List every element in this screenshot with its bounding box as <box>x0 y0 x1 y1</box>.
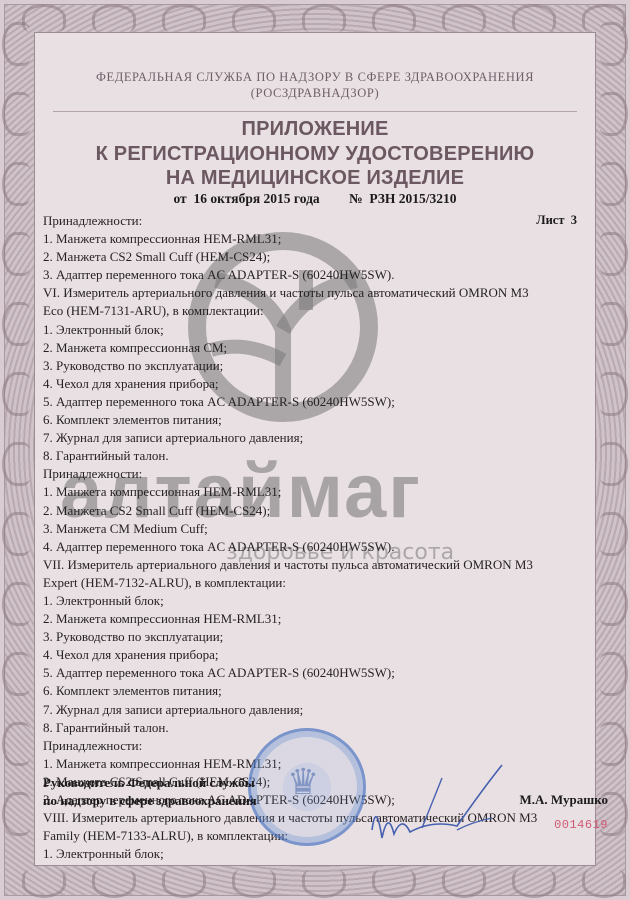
ornament-icon <box>2 92 30 136</box>
ornament-icon <box>442 4 486 32</box>
ornament-icon <box>92 4 136 32</box>
ornament-icon <box>2 162 30 206</box>
agency-name: ФЕДЕРАЛЬНАЯ СЛУЖБА ПО НАДЗОРУ В СФЕРЕ ЗД… <box>35 69 595 85</box>
ornament-icon <box>600 92 628 136</box>
ornament-icon <box>512 4 556 32</box>
signatory-name: М.А. Мурашко <box>519 792 608 808</box>
list-item: 2. Манжета компрессионная CM; <box>43 339 553 357</box>
ornament-icon <box>600 232 628 276</box>
list-item: 5. Адаптер переменного тока AC ADAPTER-S… <box>43 393 553 411</box>
serial-number: 0014619 <box>554 818 608 832</box>
agency-header: ФЕДЕРАЛЬНАЯ СЛУЖБА ПО НАДЗОРУ В СФЕРЕ ЗД… <box>35 69 595 101</box>
list-item: 3. Адаптер переменного тока AC ADAPTER-S… <box>43 266 553 284</box>
list-item: 7. Журнал для записи артериального давле… <box>43 429 553 447</box>
ornament-icon <box>2 22 30 66</box>
registration-number: № РЗН 2015/3210 <box>349 191 456 206</box>
ornament-icon <box>162 4 206 32</box>
list-item: 1. Электронный блок; <box>43 321 553 339</box>
ornament-icon <box>162 870 206 898</box>
ornament-icon <box>92 870 136 898</box>
list-item: 3. Руководство по эксплуатации; <box>43 628 553 646</box>
ornament-icon <box>302 870 346 898</box>
ornament-icon <box>2 512 30 556</box>
position-line-2: по надзору в сфере здравоохранения <box>43 792 257 810</box>
ornament-icon <box>2 372 30 416</box>
signatory-position: Руководитель Федеральной службы по надзо… <box>43 774 257 810</box>
agency-abbreviation: (РОСЗДРАВНАДЗОР) <box>35 85 595 101</box>
list-item: 4. Чехол для хранения прибора; <box>43 646 553 664</box>
ornament-icon <box>2 302 30 346</box>
list-item: 2. Манжета компрессионная HEM-RML31; <box>43 610 553 628</box>
list-item: 1. Манжета компрессионная HEM-RML31; <box>43 230 553 248</box>
list-item: 3. Манжета CM Medium Cuff; <box>43 520 553 538</box>
ornament-icon <box>2 232 30 276</box>
list-item: Expert (HEM-7132-ALRU), в комплектации: <box>43 574 553 592</box>
list-item: 1. Электронный блок; <box>43 592 553 610</box>
ornament-icon <box>600 442 628 486</box>
list-item: 6. Комплект элементов питания; <box>43 411 553 429</box>
double-headed-eagle-seal-icon: ♛ <box>248 728 366 846</box>
ornament-icon <box>600 652 628 696</box>
list-item: Eco (HEM-7131-ARU), в комплектации: <box>43 302 553 320</box>
date-number-line: от 16 октября 2015 года № РЗН 2015/3210 <box>35 191 595 207</box>
list-item: 2. Манжета CS2 Small Cuff (HEM-CS24); <box>43 248 553 266</box>
position-line-1: Руководитель Федеральной службы <box>43 774 257 792</box>
ornament-icon <box>2 792 30 836</box>
list-item: 6. Комплект элементов питания; <box>43 682 553 700</box>
list-item: 7. Журнал для записи артериального давле… <box>43 701 553 719</box>
ornament-icon <box>2 652 30 696</box>
list-item: VI. Измеритель артериального давления и … <box>43 284 553 302</box>
issue-date: от 16 октября 2015 года <box>173 191 319 206</box>
eagle-emblem-icon: ♛ <box>287 761 319 803</box>
ornament-icon <box>582 870 626 898</box>
ornament-icon <box>372 4 416 32</box>
list-item: VII. Измеритель артериального давления и… <box>43 556 553 574</box>
list-item: 5. Адаптер переменного тока AC ADAPTER-S… <box>43 664 553 682</box>
list-item: Принадлежности: <box>43 212 553 230</box>
ornament-icon <box>600 302 628 346</box>
ornament-icon <box>600 722 628 766</box>
ornament-icon <box>442 870 486 898</box>
title-line-1: ПРИЛОЖЕНИЕ <box>35 117 595 142</box>
certificate-sheet: ФЕДЕРАЛЬНАЯ СЛУЖБА ПО НАДЗОРУ В СФЕРЕ ЗД… <box>0 0 630 900</box>
ornament-icon <box>600 162 628 206</box>
ornament-icon <box>232 870 276 898</box>
ornament-icon <box>600 512 628 556</box>
header-divider <box>53 111 577 112</box>
title-line-3: НА МЕДИЦИНСКОЕ ИЗДЕЛИЕ <box>35 166 595 191</box>
ornament-icon <box>302 4 346 32</box>
list-item: 8. Гарантийный талон. <box>43 447 553 465</box>
list-item: 1. Манжета компрессионная HEM-RML31; <box>43 483 553 501</box>
ornament-icon <box>600 22 628 66</box>
list-item: 3. Руководство по эксплуатации; <box>43 357 553 375</box>
ornament-icon <box>2 442 30 486</box>
document-title: ПРИЛОЖЕНИЕ К РЕГИСТРАЦИОННОМУ УДОСТОВЕРЕ… <box>35 117 595 191</box>
ornament-icon <box>600 582 628 626</box>
list-item: 2. Манжета CS2 Small Cuff (HEM-CS24); <box>43 502 553 520</box>
ornament-icon <box>2 722 30 766</box>
title-line-2: К РЕГИСТРАЦИОННОМУ УДОСТОВЕРЕНИЮ <box>35 142 595 167</box>
ornament-icon <box>232 4 276 32</box>
ornament-icon <box>372 870 416 898</box>
list-item: 4. Адаптер переменного тока AC ADAPTER-S… <box>43 538 553 556</box>
list-item: Принадлежности: <box>43 465 553 483</box>
ornament-icon <box>22 870 66 898</box>
ornament-icon <box>2 582 30 626</box>
ornament-icon <box>600 372 628 416</box>
list-item: 4. Чехол для хранения прибора; <box>43 375 553 393</box>
handwritten-signature-icon <box>362 760 512 850</box>
ornament-icon <box>512 870 556 898</box>
